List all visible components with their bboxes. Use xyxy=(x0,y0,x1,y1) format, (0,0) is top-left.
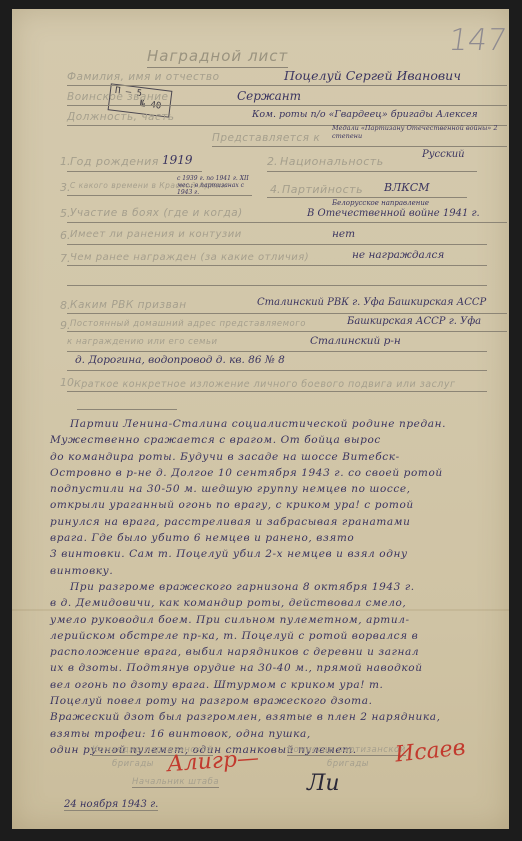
narrative-line: Вражеский дзот был разгромлен, взятые в … xyxy=(50,711,520,727)
field-value-rvk: Сталинский РВК г. Уфа Башкирская АССР xyxy=(257,297,486,308)
red-signature-left: Алигр— xyxy=(166,746,260,777)
narrative-line: При разгроме вражеского гарнизона 8 октя… xyxy=(50,581,520,597)
narrative-line: врага. Где было убито 6 немцев и ранено,… xyxy=(50,532,520,548)
field-label-address: Постоянный домашний адрес представляемог… xyxy=(70,319,306,329)
field-number: 2. xyxy=(267,155,278,168)
field-value-award: Медали «Партизану Отечественной войны» 2… xyxy=(332,124,502,140)
narrative-line: Партии Ленина-Сталина социалистической р… xyxy=(50,418,520,434)
field-value-birth-year: 1919 xyxy=(162,153,193,167)
narrative-line: в д. Демидовичи, как командир роты, дейс… xyxy=(50,597,520,613)
rule xyxy=(67,244,487,245)
rule xyxy=(67,313,507,314)
field-value-address-2: Сталинский р-н xyxy=(310,335,401,347)
field-number: 6. xyxy=(60,229,71,242)
field-label-previous-awards: Чем ранее награжден (за какие отличия) xyxy=(70,252,309,263)
rule xyxy=(67,195,252,196)
field-value-wounds: нет xyxy=(332,228,355,240)
field-label-party: Партийность xyxy=(282,183,363,196)
field-label-nationality: Национальность xyxy=(280,155,384,168)
rule xyxy=(67,85,507,86)
field-value-service-since: с 1939 г. по 1941 г. XII мес.; в партиза… xyxy=(177,175,257,196)
field-label-address-cont: к награждению или его семьи xyxy=(67,337,218,347)
narrative-line: 3 винтовки. Сам т. Поцелуй убил 2-х немц… xyxy=(50,548,520,564)
field-value-name: Поцелуй Сергей Иванович xyxy=(284,68,461,83)
narrative-line: расположение врага, выбил нарядников с д… xyxy=(50,646,520,662)
field-number: 4. xyxy=(270,183,281,196)
rule xyxy=(77,409,177,410)
field-value-previous-awards: не награждался xyxy=(352,249,444,261)
signature-label-commissar: Комиссар партизанской xyxy=(287,745,406,756)
narrative-line: умело руководил боем. При сильном пулеме… xyxy=(50,614,520,630)
narrative-line: лерийском обстреле пр-ка, т. Поцелуй с р… xyxy=(50,630,520,646)
feat-narrative: Партии Ленина-Сталина социалистической р… xyxy=(50,418,520,760)
field-label-rank: Воинское звание xyxy=(67,91,169,103)
field-value-address-3: д. Дорогина, водопровод д. кв. 86 № 8 xyxy=(75,354,285,366)
field-value-position: Ком. роты п/о «Гвардеец» бригады Алексея xyxy=(252,109,478,120)
field-value-nationality: Русский xyxy=(422,149,465,160)
narrative-line: винтовку. xyxy=(50,565,520,581)
field-label-rvk: Каким РВК призван xyxy=(70,299,187,311)
field-label-award: Представляется к xyxy=(212,132,320,144)
field-label-birth-year: Год рождения xyxy=(70,155,159,168)
field-label-combat: Участие в боях (где и когда) xyxy=(70,207,243,219)
rule xyxy=(67,265,487,266)
rule xyxy=(67,171,202,172)
field-number: 3. xyxy=(60,181,71,194)
field-label-position: Должность, часть xyxy=(67,111,175,123)
field-label-wounds: Имеет ли ранения и контузии xyxy=(70,229,242,240)
field-value-address-1: Башкирская АССР г. Уфа xyxy=(347,316,481,327)
field-value-party: ВЛКСМ xyxy=(384,181,429,194)
field-number: 7. xyxy=(60,252,71,265)
rule xyxy=(67,331,507,332)
field-number: 8. xyxy=(60,299,71,312)
rule xyxy=(212,146,507,147)
rule xyxy=(67,285,487,286)
award-sheet-page: 147 Наградной лист П — 5 № 40 Фамилия, и… xyxy=(12,9,509,829)
narrative-line: Поцелуй повел роту на разгром вражеского… xyxy=(50,695,520,711)
narrative-line: вел огонь по дзоту врага. Штурмом с крик… xyxy=(50,679,520,695)
rule xyxy=(267,171,477,172)
rule xyxy=(67,351,487,352)
rule xyxy=(67,105,507,106)
field-number: 1. xyxy=(60,155,71,168)
rule xyxy=(267,197,467,198)
field-value-rank: Сержант xyxy=(237,89,301,103)
page-number: 147 xyxy=(447,23,509,58)
signature-label-brigade-right: бригады xyxy=(327,759,369,769)
signature-label-chief-of-staff: Начальник штаба xyxy=(132,777,219,788)
narrative-line: открыли ураганный огонь по врагу, с крик… xyxy=(50,499,520,515)
narrative-line: до командира роты. Будучи в засаде на шо… xyxy=(50,451,520,467)
narrative-line: их в дзоты. Подтянув орудие на 30-40 м.,… xyxy=(50,662,520,678)
narrative-line: Мужественно сражается с врагом. От бойца… xyxy=(50,434,520,450)
narrative-line: ринулся на врага, расстреливая и забрасы… xyxy=(50,516,520,532)
field-number: 5. xyxy=(60,207,71,220)
rule xyxy=(67,391,487,392)
field-value-combat-note: Белорусское направление xyxy=(332,199,429,207)
field-label-name: Фамилия, имя и отчество xyxy=(67,71,220,83)
document-date: 24 ноября 1943 г. xyxy=(64,799,158,811)
document-title: Наградной лист xyxy=(147,47,288,68)
signature-label-brigade-left: бригады xyxy=(112,759,154,769)
rule xyxy=(67,370,487,371)
field-value-combat: В Отечественной войне 1941 г. xyxy=(307,208,480,219)
rule xyxy=(67,222,507,223)
narrative-line: подпустили на 30-50 м. шедшую группу нем… xyxy=(50,483,520,499)
narrative-line: Островно в р-не д. Долгое 10 сентября 19… xyxy=(50,467,520,483)
dark-signature: Ли xyxy=(307,771,340,796)
